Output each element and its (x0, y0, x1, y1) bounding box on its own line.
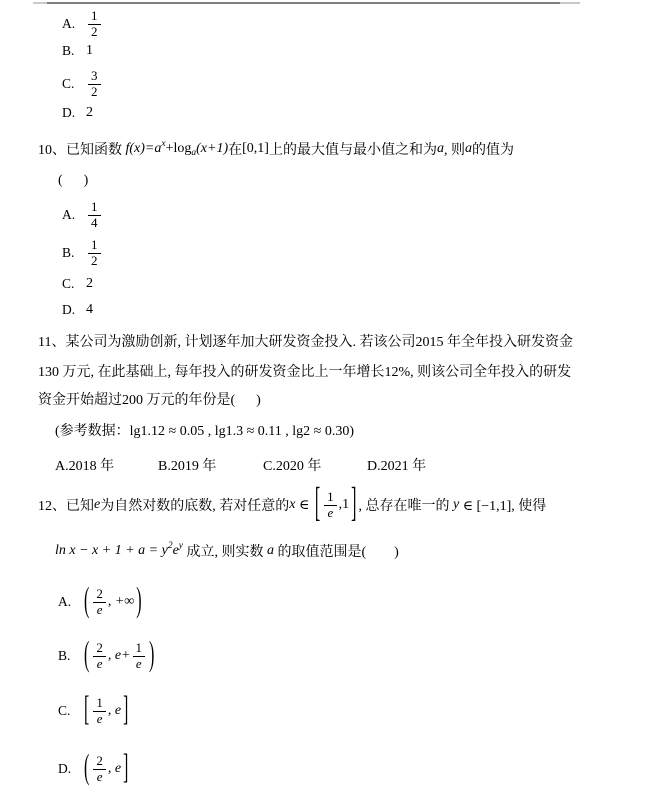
fraction: 32 (88, 69, 101, 100)
q10-option-b-row: B. 12 (62, 234, 103, 272)
option-label: C. (263, 459, 276, 474)
right-bracket: ] (351, 482, 356, 529)
option-tail: , +∞ (108, 594, 134, 610)
option-label: D. (367, 459, 381, 474)
option-value: 2021 年 (381, 459, 427, 474)
math-a: a (465, 141, 472, 157)
option-label: B. (158, 459, 171, 474)
top-rule-main-segment (47, 2, 560, 4)
q10-answer-blank: ( ) (58, 172, 88, 190)
stem-text: 的取值范围是( ) (274, 541, 399, 561)
left-paren: ( (84, 749, 89, 789)
left-bracket: [ (315, 482, 320, 529)
fraction: 14 (88, 200, 101, 231)
option-value: 2019 年 (171, 459, 217, 474)
stem-text: 成立, 则实数 (183, 541, 267, 561)
fraction: 1e (324, 490, 337, 521)
q11-option-c: C.2020 年 (263, 455, 321, 475)
left-paren: ( (84, 582, 89, 622)
option-label: A. (55, 459, 69, 474)
fraction-numerator: 1 (133, 641, 146, 657)
option-label: B. (62, 245, 86, 261)
option-label: A. (62, 207, 86, 223)
math-a: a (437, 141, 444, 157)
q9-option-d-row: D. 2 (62, 104, 93, 122)
fraction-denominator: e (94, 603, 106, 618)
option-label: B. (58, 648, 82, 664)
option-label: C. (58, 703, 82, 719)
q12-option-b-row: B. ( 2e , e+ 1e ) (58, 636, 156, 676)
right-bracket: ] (123, 749, 128, 789)
element-of-symbol: ∈ (295, 497, 312, 514)
q10-option-d-row: D. 4 (62, 301, 93, 319)
fraction-denominator: e (94, 770, 106, 785)
fraction-numerator: 2 (93, 641, 106, 657)
q10-option-a-row: A. 14 (62, 196, 103, 234)
option-value: 2 (86, 105, 93, 121)
fraction-numerator: 1 (88, 9, 101, 25)
math-arg: (x+1) (196, 141, 228, 157)
stem-text: , 总存在唯一的 (358, 495, 453, 515)
math-subscript: a (191, 148, 196, 158)
option-label: A. (58, 594, 82, 610)
fraction-denominator: 2 (88, 254, 101, 269)
q12-option-d-row: D. ( 2e , e ] (58, 748, 130, 790)
q12-stem-line2: ln x − x + 1 + a = y2ey 成立, 则实数 a 的取值范围是… (55, 541, 399, 561)
interval-tail: ,1 (339, 497, 350, 513)
math-superscript: 2 (168, 541, 173, 551)
q9-option-a-row: A. 12 (62, 4, 103, 44)
option-label: C. (62, 76, 86, 92)
q10-stem: 10、已知函数 f(x)=ax+loga(x+1)在[0,1]上的最大值与最小值… (38, 139, 514, 159)
fraction-denominator: e (94, 712, 106, 727)
stem-text: 已知 (66, 495, 94, 515)
right-bracket: ] (123, 691, 128, 731)
stem-text: 为自然对数的底数, 若对任意的 (100, 495, 289, 515)
option-label: A. (62, 16, 86, 32)
reference-text: (参考数据：lg1.12 ≈ 0.05 , lg1.3 ≈ 0.11 , lg2… (55, 420, 354, 440)
top-rule-right-segment (560, 2, 580, 4)
q11-option-a: A.2018 年 (55, 455, 114, 475)
option-tail: , e (108, 761, 121, 777)
option-label: C. (62, 276, 86, 292)
fraction-numerator: 1 (324, 490, 337, 506)
option-label: D. (62, 105, 86, 121)
stem-text: ∈ [−1,1], 使得 (459, 495, 546, 515)
stem-text: 的值为 (472, 139, 514, 159)
stem-text: 130 万元, 在此基础上, 每年投入的研发资金比上一年增长12%, 则该公司全… (38, 361, 571, 381)
math-interval: [0,1] (242, 141, 269, 157)
math-log: +log (166, 141, 192, 157)
stem-text: 上的最大值与最小值之和为 (269, 139, 437, 159)
stem-text: 在 (228, 139, 242, 159)
option-label: D. (58, 761, 82, 777)
stem-text: 已知函数 (66, 139, 126, 159)
option-value: 2020 年 (276, 459, 322, 474)
fraction-denominator: e (94, 657, 106, 672)
fraction-denominator: 4 (88, 216, 101, 231)
stem-text: , 则 (444, 139, 465, 159)
fraction-numerator: 3 (88, 69, 101, 85)
q11-stem-line1: 11、某公司为激励创新, 计划逐年加大研发资金投入. 若该公司2015 年全年投… (38, 331, 573, 351)
math-superscript: y (179, 541, 183, 551)
math-equation: ln x − x + 1 + a = y (55, 543, 168, 559)
exam-page: { "page": { "background": "#ffffff", "te… (0, 0, 656, 802)
q11-option-b: B.2019 年 (158, 455, 216, 475)
option-value: 1 (86, 43, 93, 59)
q12-stem-line1: 12、已知e为自然对数的底数, 若对任意的x ∈ [1e,1], 总存在唯一的 … (38, 483, 546, 527)
option-label: B. (62, 43, 86, 59)
right-paren: ) (136, 582, 141, 622)
top-rule-left-segment (33, 2, 47, 4)
fraction-numerator: 2 (93, 754, 106, 770)
q11-stem-line2: 130 万元, 在此基础上, 每年投入的研发资金比上一年增长12%, 则该公司全… (38, 361, 571, 381)
stem-text: 11、某公司为激励创新, 计划逐年加大研发资金投入. 若该公司2015 年全年投… (38, 331, 573, 351)
option-tail: , e (108, 703, 121, 719)
math-superscript: x (161, 139, 165, 149)
fraction: 2e (93, 587, 106, 618)
question-number: 10、 (38, 139, 66, 159)
q11-option-d: D.2021 年 (367, 455, 426, 475)
fraction-denominator: 2 (88, 25, 101, 40)
fraction: 2e (93, 641, 106, 672)
fraction-numerator: 1 (88, 238, 101, 254)
question-number: 12、 (38, 495, 66, 515)
left-bracket: [ (84, 691, 89, 731)
fraction-numerator: 1 (88, 200, 101, 216)
math-fx: f(x)=a (126, 141, 162, 157)
q9-option-b-row: B. 1 (62, 42, 93, 60)
fraction-denominator: e (325, 506, 337, 521)
fraction-numerator: 1 (93, 696, 106, 712)
fraction-denominator: 2 (88, 85, 101, 100)
fraction: 2e (93, 754, 106, 785)
fraction: 1e (93, 696, 106, 727)
option-value: 2 (86, 276, 93, 292)
option-value: 4 (86, 302, 93, 318)
right-paren: ) (149, 636, 154, 676)
fraction: 12 (88, 238, 101, 269)
q12-option-c-row: C. [ 1e , e ] (58, 692, 130, 730)
q9-option-c-row: C. 32 (62, 64, 103, 104)
option-value: 2018 年 (69, 459, 115, 474)
fraction-numerator: 2 (93, 587, 106, 603)
fraction: 12 (88, 9, 101, 40)
q11-reference-data: (参考数据：lg1.12 ≈ 0.05 , lg1.3 ≈ 0.11 , lg2… (55, 420, 354, 440)
stem-text: 资金开始超过200 万元的年份是( ) (38, 389, 261, 409)
option-tail: , e+ (108, 648, 131, 664)
math-a: a (267, 543, 274, 559)
fraction-denominator: e (133, 657, 145, 672)
option-label: D. (62, 302, 86, 318)
q11-stem-line3: 资金开始超过200 万元的年份是( ) (38, 389, 261, 409)
paren-blank: ( ) (58, 173, 88, 189)
left-paren: ( (84, 636, 89, 676)
q10-option-c-row: C. 2 (62, 275, 93, 293)
q12-option-a-row: A. ( 2e , +∞ ) (58, 583, 144, 621)
fraction: 1e (133, 641, 146, 672)
